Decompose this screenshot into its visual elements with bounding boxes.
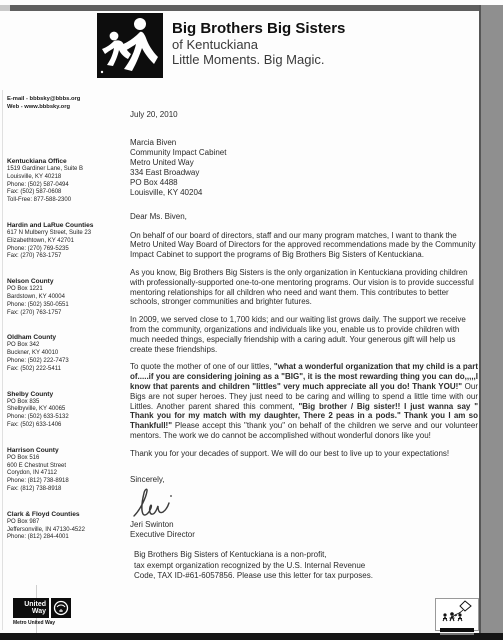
office-hardin-larue: Hardin and LaRue Counties 617 N Mulberry… [7, 221, 123, 261]
office-line: Buckner, KY 40010 [7, 350, 123, 358]
office-line: Phone: (502) 633-5132 [7, 414, 123, 422]
office-name: Shelby County [7, 390, 123, 399]
office-line: Phone: (812) 284-4001 [7, 534, 123, 542]
office-name: Harrison County [7, 446, 123, 455]
recipient-line: Louisville, KY 40204 [130, 188, 478, 198]
letterhead: Big Brothers Big Sisters of Kentuckiana … [172, 20, 345, 68]
kite-logo-subtext-bar [440, 633, 474, 635]
office-line: Phone: (502) 587-0494 [7, 182, 123, 190]
office-line: Bardstown, KY 40004 [7, 294, 123, 302]
kite-children-icon [437, 600, 477, 622]
tax-footer-line: Code, TAX ID-#61-6057856. Please use thi… [134, 571, 478, 582]
scan-edge-left [2, 90, 3, 630]
tax-footer-line: tax exempt organization recognized by th… [134, 561, 478, 572]
email-line: E-mail - bbbsky@bbbs.org [7, 95, 123, 103]
office-line: PO Box 835 [7, 399, 123, 407]
scan-edge-top [10, 5, 481, 11]
office-line: Phone: (270) 769-5235 [7, 246, 123, 254]
recipient-line: Marcia Biven [130, 138, 478, 148]
letter-date: July 20, 2010 [130, 110, 478, 120]
office-line: PO Box 1221 [7, 286, 123, 294]
web-line: Web - www.bbbsky.org [7, 103, 123, 111]
office-line: 600 E Chestnut Street [7, 463, 123, 471]
office-line: Fax: (502) 587-0608 [7, 189, 123, 197]
united-way-icon [51, 598, 71, 618]
office-name: Clark & Floyd Counties [7, 510, 123, 519]
handwritten-signature-icon [130, 486, 186, 520]
paragraph-2: As you know, Big Brothers Big Sisters is… [130, 268, 478, 307]
office-line: Fax: (270) 763-1757 [7, 253, 123, 261]
office-name: Nelson County [7, 277, 123, 286]
office-shelby: Shelby County PO Box 835 Shelbyville, KY… [7, 390, 123, 430]
quote-end: Please accept this "thank you" on behalf… [130, 421, 478, 440]
office-line: Fax: (812) 738-8918 [7, 486, 123, 494]
bbbs-figures-icon [97, 13, 163, 78]
org-tagline: Little Moments. Big Magic. [172, 53, 345, 68]
office-line: Phone: (502) 350-0551 [7, 302, 123, 310]
office-line: Fax: (270) 763-1757 [7, 310, 123, 318]
contact-block: E-mail - bbbsky@bbbs.org Web - www.bbbsk… [7, 95, 123, 111]
office-line: PO Box 342 [7, 342, 123, 350]
office-clark-floyd: Clark & Floyd Counties PO Box 987 Jeffer… [7, 510, 123, 542]
united-way-logo: United Way Metro United Way [13, 598, 71, 626]
office-line: Louisville, KY 40218 [7, 174, 123, 182]
signature [130, 486, 478, 520]
office-kentuckiana: Kentuckiana Office 1519 Gardiner Lane, S… [7, 157, 123, 205]
scan-edge-right [479, 5, 503, 633]
uw-word-2: Way [32, 608, 46, 615]
office-line: Fax: (502) 222-5411 [7, 366, 123, 374]
salutation: Dear Ms. Biven, [130, 212, 478, 222]
office-line: Corydon, IN 47112 [7, 470, 123, 478]
kite-children-logo [435, 598, 479, 631]
office-oldham: Oldham County PO Box 342 Buckner, KY 400… [7, 333, 123, 373]
united-way-wordmark: United Way [13, 598, 49, 618]
recipient-line: Metro United Way [130, 158, 478, 168]
tax-footer-line: Big Brothers Big Sisters of Kentuckiana … [134, 550, 478, 561]
paragraph-1: On behalf of our board of directors, sta… [130, 231, 478, 260]
office-name: Kentuckiana Office [7, 157, 123, 166]
recipient-line: 334 East Broadway [130, 168, 478, 178]
office-nelson: Nelson County PO Box 1221 Bardstown, KY … [7, 277, 123, 317]
org-region: of Kentuckiana [172, 38, 345, 53]
scan-edge-top-corner [0, 5, 10, 11]
office-line: Fax: (502) 633-1406 [7, 422, 123, 430]
office-line: Jeffersonville, IN 47130-4522 [7, 527, 123, 535]
office-line: PO Box 987 [7, 519, 123, 527]
scan-edge-bottom [0, 633, 503, 640]
paragraph-4: To quote the mother of one of our little… [130, 362, 478, 440]
office-line: Toll-Free: 877-588-2300 [7, 197, 123, 205]
quote-intro: To quote the mother of one of our little… [130, 362, 274, 371]
paragraph-5: Thank you for your decades of support. W… [130, 449, 478, 459]
office-name: Oldham County [7, 333, 123, 342]
office-line: Phone: (812) 738-8918 [7, 478, 123, 486]
paragraph-3: In 2009, we served close to 1,700 kids; … [130, 315, 478, 354]
office-line: Shelbyville, KY 40065 [7, 406, 123, 414]
recipient-line: PO Box 4488 [130, 178, 478, 188]
office-line: Phone: (502) 222-7473 [7, 358, 123, 366]
office-line: 617 N Mulberry Street, Suite 23 [7, 230, 123, 238]
org-name: Big Brothers Big Sisters [172, 20, 345, 37]
signer-name: Jeri Swinton [130, 520, 478, 530]
office-sidebar: E-mail - bbbsky@bbbs.org Web - www.bbbsk… [7, 95, 123, 558]
letter-body: July 20, 2010 Marcia Biven Community Imp… [130, 110, 478, 582]
office-harrison: Harrison County PO Box 516 600 E Chestnu… [7, 446, 123, 494]
bbbs-logo [97, 13, 163, 78]
united-way-caption: Metro United Way [13, 620, 71, 626]
uw-word-1: United [24, 601, 46, 608]
kite-logo-text-bar [440, 628, 474, 632]
tax-footer: Big Brothers Big Sisters of Kentuckiana … [130, 550, 478, 582]
recipient-address: Marcia Biven Community Impact Cabinet Me… [130, 138, 478, 198]
office-name: Hardin and LaRue Counties [7, 221, 123, 230]
signer-title: Executive Director [130, 530, 478, 540]
office-line: 1519 Gardiner Lane, Suite B [7, 166, 123, 174]
recipient-line: Community Impact Cabinet [130, 148, 478, 158]
office-line: PO Box 516 [7, 455, 123, 463]
scanned-letter-page: Big Brothers Big Sisters of Kentuckiana … [0, 0, 503, 640]
closing: Sincerely, [130, 475, 478, 485]
office-line: Elizabethtown, KY 42701 [7, 238, 123, 246]
